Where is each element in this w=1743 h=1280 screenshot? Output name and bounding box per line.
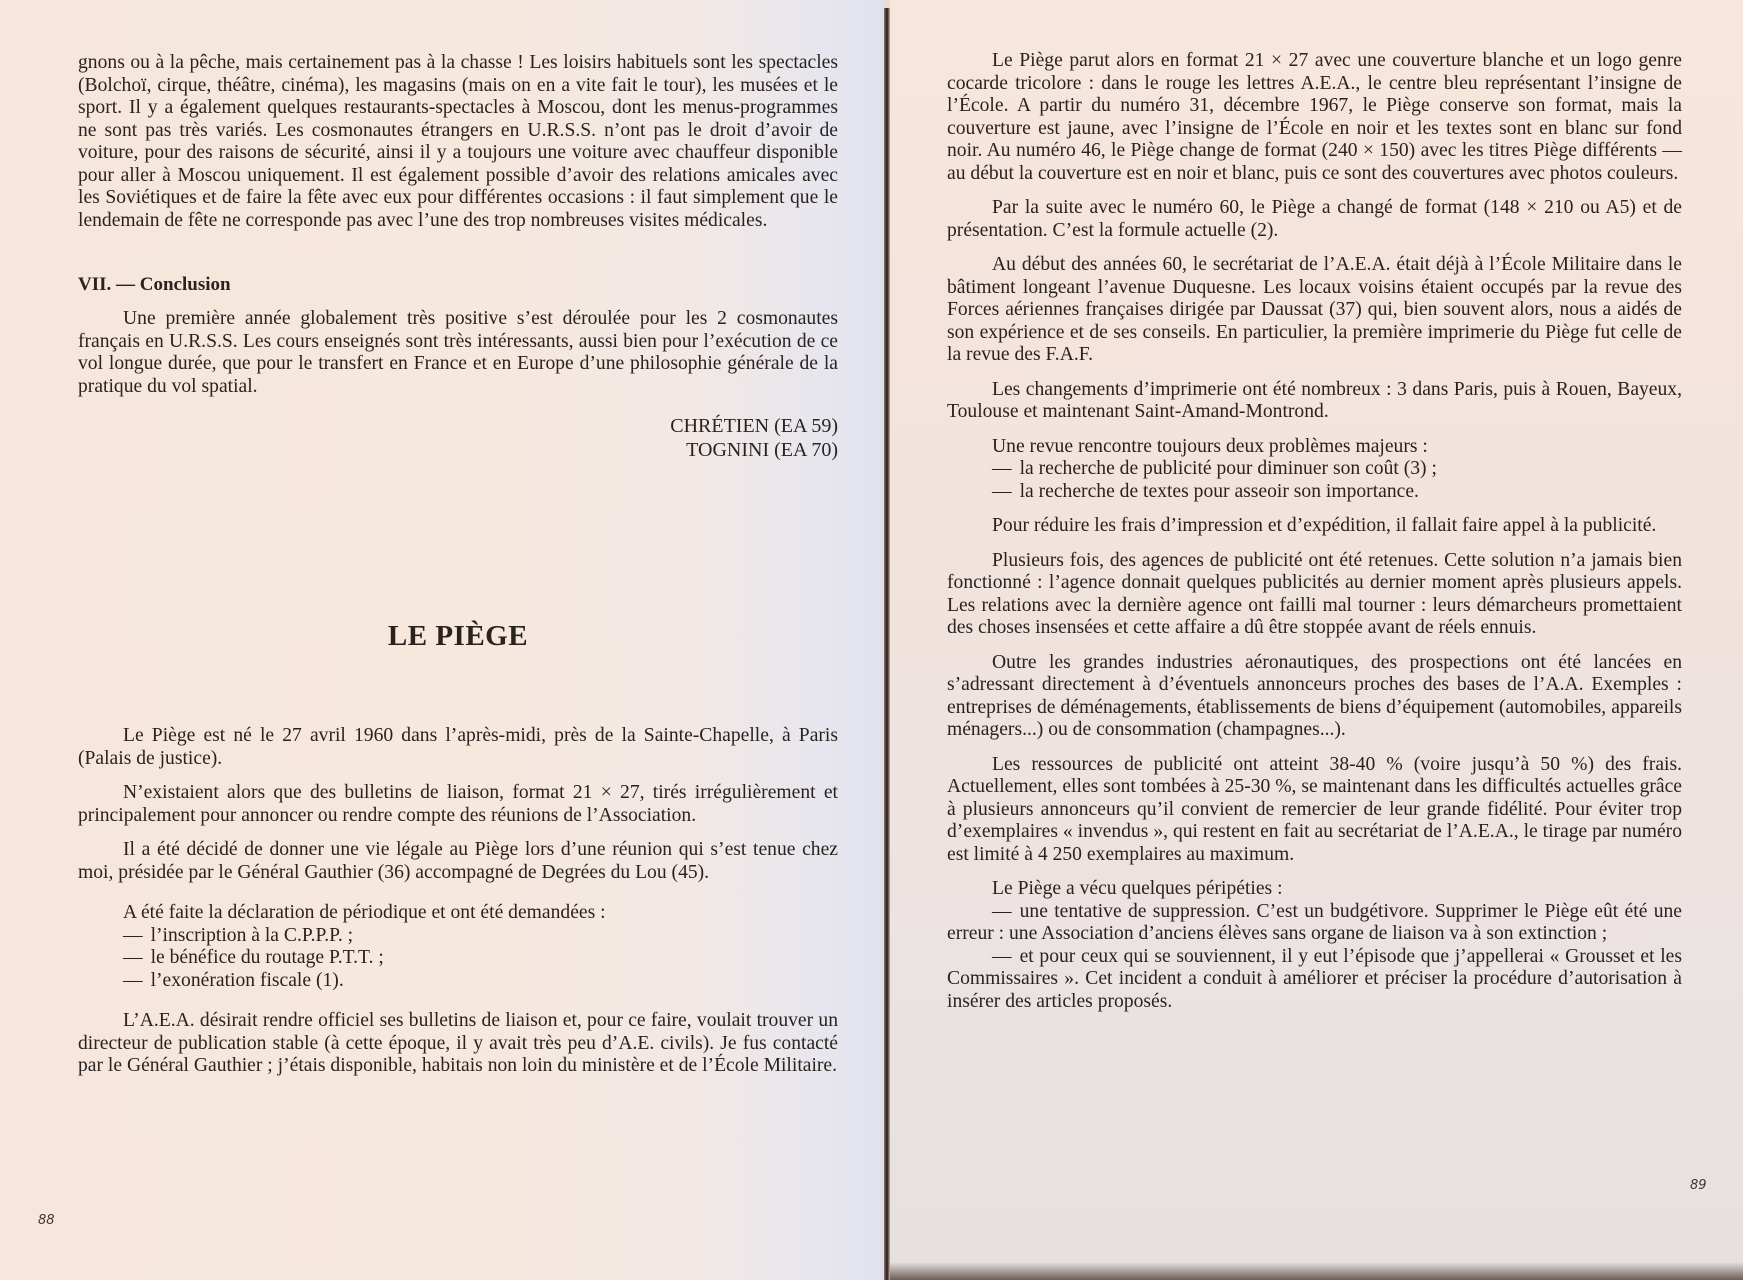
page-number-right: 89 (1690, 1178, 1707, 1193)
paragraph: Les ressources de publicité ont atteint … (947, 754, 1682, 867)
paragraph: N’existaient alors que des bulletins de … (78, 782, 838, 827)
conclusion-paragraph: Une première année globalement très posi… (78, 308, 838, 398)
problems-lead: Une revue rencontre toujours deux problè… (947, 436, 1682, 459)
peripetie-item: —et pour ceux qui se souviennent, il y e… (947, 946, 1682, 1014)
declaration-lead: A été faite la déclaration de périodique… (78, 902, 838, 925)
paragraph: Au début des années 60, le secrétariat d… (947, 254, 1682, 367)
paragraph: Le Piège parut alors en format 21 × 27 a… (947, 50, 1682, 185)
list-item: —la recherche de textes pour asseoir son… (947, 481, 1682, 504)
list-item: —la recherche de publicité pour diminuer… (947, 458, 1682, 481)
paragraph: Les changements d’imprimerie ont été nom… (947, 379, 1682, 424)
peripetie-item: —une tentative de suppression. C’est un … (947, 901, 1682, 946)
section-heading-conclusion: VII. — Conclusion (78, 274, 838, 296)
declaration-list: —l’inscription à la C.P.P.P. ; —le bénéf… (78, 925, 838, 993)
signature-block: CHRÉTIEN (EA 59) TOGNINI (EA 70) (78, 414, 838, 462)
page-number-left: 88 (38, 1213, 55, 1228)
article-title: LE PIÈGE (78, 620, 838, 653)
paragraph: Le Piège est né le 27 avril 1960 dans l’… (78, 725, 838, 770)
left-page-column: gnons ou à la pêche, mais certainement p… (78, 52, 838, 1078)
paragraph: Plusieurs fois, des agences de publicité… (947, 550, 1682, 640)
paragraph: Il a été décidé de donner une vie légale… (78, 839, 838, 884)
book-spread: gnons ou à la pêche, mais certainement p… (0, 0, 1743, 1280)
paragraph: Outre les grandes industries aéronautiqu… (947, 652, 1682, 742)
paragraph: Par la suite avec le numéro 60, le Piège… (947, 197, 1682, 242)
left-page: gnons ou à la pêche, mais certainement p… (0, 0, 884, 1280)
final-paragraph: L’A.E.A. désirait rendre officiel ses bu… (78, 1010, 838, 1078)
intro-paragraph: gnons ou à la pêche, mais certainement p… (78, 52, 838, 232)
list-item: —le bénéfice du routage P.T.T. ; (78, 947, 838, 970)
signature-chretien: CHRÉTIEN (EA 59) (78, 414, 838, 438)
problems-list: —la recherche de publicité pour diminuer… (947, 458, 1682, 503)
list-item: —l’exonération fiscale (1). (78, 970, 838, 993)
paragraph: Pour réduire les frais d’impression et d… (947, 515, 1682, 538)
signature-tognini: TOGNINI (EA 70) (78, 438, 838, 462)
right-page-column: Le Piège parut alors en format 21 × 27 a… (947, 50, 1682, 1013)
list-item: —l’inscription à la C.P.P.P. ; (78, 925, 838, 948)
peripeties-lead: Le Piège a vécu quelques péripéties : (947, 878, 1682, 901)
